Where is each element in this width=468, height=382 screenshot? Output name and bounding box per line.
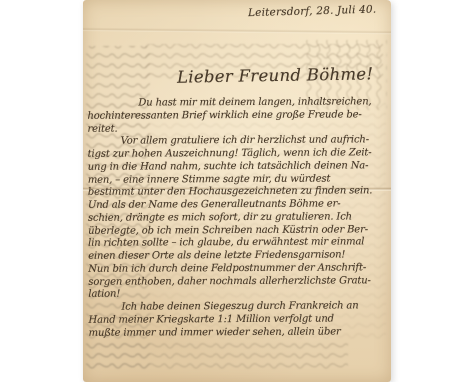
salutation: Lieber Freund Böhme! xyxy=(177,64,374,86)
handwriting-line: Nun bin ich durch deine Feldpostnummer d… xyxy=(88,262,391,276)
handwriting-line: mußte immer und immer wieder sehen, alle… xyxy=(89,326,392,340)
handwriting-line: ung in die Hand nahm, suchte ich tatsäch… xyxy=(88,160,391,174)
handwriting-line: hochinteressanten Brief wirklich eine gr… xyxy=(87,109,390,123)
handwriting-line: lin richten sollte – ich glaube, du erwä… xyxy=(88,236,391,250)
handwriting-line: schien, drängte es mich sofort, dir zu g… xyxy=(88,211,391,225)
handwriting-line: Ich habe deinen Siegeszug durch Frankrei… xyxy=(88,300,391,314)
handwriting-line: tigst zur hohen Auszeichnung! Täglich, w… xyxy=(88,147,391,161)
letter-body: Du hast mir mit deinem langen, inhaltsre… xyxy=(87,96,391,340)
photo-background: Leitersdorf, 28. Juli 40. Lieber Freund … xyxy=(0,0,468,382)
handwriting-line: bestimmt unter den Hochausgezeichneten z… xyxy=(88,185,391,199)
handwriting-line: sorgen enthoben, daher nochmals allerher… xyxy=(88,275,391,289)
handwriting-line: Du hast mir mit deinem langen, inhaltsre… xyxy=(87,96,390,110)
